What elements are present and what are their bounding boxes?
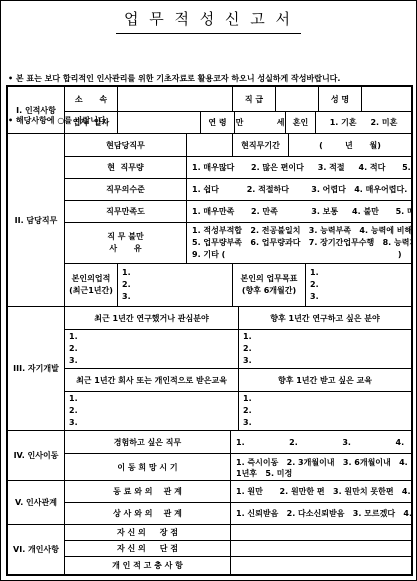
education-future-item-1: 1. [243, 393, 252, 405]
education-past-item-2: 2. [69, 405, 78, 417]
join-date-label: 입사 일자 [65, 112, 118, 133]
colleague-relation-label: 동 료 와 의 관 계 [65, 481, 231, 502]
superior-relation-label: 상 사 와 의 관 계 [65, 503, 231, 524]
research-future-item-1: 1. [243, 331, 252, 343]
complaint-options-line2: 5. 업무량부족 6. 업무량과다 7. 장기간업무수행 8. 능력개발에 무익 [192, 237, 411, 249]
research-past-list: 1. 2. 3. [65, 330, 239, 368]
grievance-label: 개 인 적 고 충 사 항 [65, 557, 231, 574]
goal-label-line1: 본인의 업무목표 [241, 273, 298, 285]
duty-level-options: 1. 쉽다 2. 적절하다 3. 어렵다 4. 매우어렵다. [187, 179, 411, 200]
form-table: I. 인적사항 소 속 직 급 성 명 입사 일자 연 령 만 세 혼 [6, 85, 413, 576]
achievement-label-line1: 본인의업적 [72, 273, 111, 285]
marital-label: 혼인 [286, 112, 316, 133]
section-self-development-label: III. 자기개발 [8, 307, 65, 430]
section-duty-label: II. 담당직무 [8, 134, 65, 306]
achievement-list: 1. 2. 3. [118, 264, 233, 306]
research-past-item-3: 3. [69, 355, 78, 367]
grievance-value [231, 557, 411, 574]
satisfaction-options: 1. 매우만족 2. 만족 3. 보통 4. 불만 5. 매우불만 [187, 201, 411, 222]
complaint-etc-open: 9. 기타 ( [192, 249, 225, 261]
affiliation-value [118, 87, 233, 111]
section-personal-matters: VI. 개인사항 자 신 의 장 점 자 신 의 단 점 개 인 적 고 충 사… [8, 525, 411, 574]
complaint-options-line1: 1. 적성부적합 2. 전공불일치 3. 능력부족 4. 능력에 비해 저수준업… [192, 225, 411, 237]
section-personal-info-label: I. 인적사항 [8, 87, 65, 133]
name-label: 성 명 [319, 87, 362, 111]
duty-level-label: 직무의수준 [65, 179, 187, 200]
research-future-item-3: 3. [243, 355, 252, 367]
satisfaction-label: 직무만족도 [65, 201, 187, 222]
achievement-item-3: 3. [122, 291, 131, 303]
research-future-item-2: 2. [243, 343, 252, 355]
education-past-item-3: 3. [69, 417, 78, 429]
goal-item-1: 1. [310, 267, 319, 279]
strength-label: 자 신 의 장 점 [65, 525, 231, 540]
achievement-item-1: 1. [122, 267, 131, 279]
age-full-label: 만 세 [235, 112, 286, 133]
research-past-item-2: 2. [69, 343, 78, 355]
marital-options: 1. 기혼 2. 미혼 [316, 112, 411, 133]
affiliation-label: 소 속 [65, 87, 118, 111]
section-personal-info: I. 인적사항 소 속 직 급 성 명 입사 일자 연 령 만 세 혼 [8, 87, 411, 134]
education-future-item-3: 3. [243, 417, 252, 429]
education-future-list: 1. 2. 3. [239, 392, 411, 430]
complaint-etc-close: ) [398, 249, 402, 261]
education-future-header: 향후 1년간 받고 싶은 교육 [239, 369, 411, 391]
section-transfer-label: IV. 인사이동 [8, 431, 65, 480]
duty-period-label: 현직무기간 [233, 134, 289, 156]
education-past-item-1: 1. [69, 393, 78, 405]
current-duty-value [187, 134, 233, 156]
superior-relation-options: 1. 신뢰받음 2. 다소신뢰받음 3. 모르겠다 4. 불신받음 [231, 503, 411, 524]
strength-value [231, 525, 411, 540]
education-past-list: 1. 2. 3. [65, 392, 239, 430]
achievement-label: 본인의업적 (최근1년간) [65, 264, 118, 306]
complaint-label-line1: 직 무 불만 [107, 231, 143, 243]
name-value [362, 87, 411, 111]
goal-label: 본인의 업무목표 (향후 6개월간) [233, 264, 306, 306]
research-future-list: 1. 2. 3. [239, 330, 411, 368]
complaint-label: 직 무 불만 사 유 [65, 223, 187, 263]
complaint-options: 1. 적성부적합 2. 전공불일치 3. 능력부족 4. 능력에 비해 저수준업… [187, 223, 411, 263]
workload-label: 현 직무량 [65, 157, 187, 178]
workload-options: 1. 매우많다 2. 많은 편이다 3. 적절 4. 적다 5. 매우적다 [187, 157, 411, 178]
desired-duty-options: 1. 2. 3. 4. [231, 431, 411, 453]
section-relations-label: V. 인사관계 [8, 481, 65, 524]
position-label: 직 급 [233, 87, 276, 111]
goal-list: 1. 2. 3. [306, 264, 411, 306]
goal-item-3: 3. [310, 291, 319, 303]
achievement-label-line2: (최근1년간) [69, 285, 113, 297]
colleague-relation-options: 1. 원만 2. 원만한 편 3. 원만치 못한편 4. 불편 [231, 481, 411, 502]
section-relations: V. 인사관계 동 료 와 의 관 계 1. 원만 2. 원만한 편 3. 원만… [8, 481, 411, 525]
complaint-options-line3: 9. 기타 ( ) [192, 249, 402, 261]
goal-label-line2: (향후 6개월간) [242, 285, 296, 297]
weakness-value [231, 541, 411, 556]
education-past-header: 최근 1년간 회사 또는 개인적으로 받은교육 [65, 369, 239, 391]
join-date-value [118, 112, 201, 133]
form-title: 업 무 적 성 신 고 서 [116, 8, 301, 34]
current-duty-label: 현담당직무 [65, 134, 187, 156]
section-personal-matters-label: VI. 개인사항 [8, 525, 65, 574]
age-label: 연 령 [201, 112, 235, 133]
note-line-1: • 본 표는 보다 합리적인 인사관리를 위한 기초자료로 활용코자 하오니 성… [8, 72, 340, 86]
transfer-timing-label: 이 동 희 망 시 기 [65, 454, 231, 480]
research-past-header: 최근 1년간 연구했거나 관심분야 [65, 307, 239, 329]
form-title-wrap: 업 무 적 성 신 고 서 [1, 8, 416, 34]
duty-period-value: ( 년 월) [289, 134, 411, 156]
section-self-development: III. 자기개발 최근 1년간 연구했거나 관심분야 향후 1년간 연구하고 … [8, 307, 411, 431]
achievement-item-2: 2. [122, 279, 131, 291]
research-past-item-1: 1. [69, 331, 78, 343]
education-future-item-2: 2. [243, 405, 252, 417]
section-transfer: IV. 인사이동 경험하고 싶은 직무 1. 2. 3. 4. 이 동 희 망 … [8, 431, 411, 481]
goal-item-2: 2. [310, 279, 319, 291]
complaint-label-line2: 사 유 [109, 243, 141, 255]
desired-duty-label: 경험하고 싶은 직무 [65, 431, 231, 453]
research-future-header: 향후 1년간 연구하고 싶은 분야 [239, 307, 411, 329]
position-value [276, 87, 319, 111]
transfer-timing-options: 1. 즉시이동 2. 3개월이내 3. 6개월이내 4. 1년후 5. 미정 [231, 454, 411, 480]
aptitude-report-form: 업 무 적 성 신 고 서 • 본 표는 보다 합리적인 인사관리를 위한 기초… [0, 0, 417, 581]
section-duty: II. 담당직무 현담당직무 현직무기간 ( 년 월) 현 직무량 1. 매우많… [8, 134, 411, 307]
weakness-label: 자 신 의 단 점 [65, 541, 231, 556]
